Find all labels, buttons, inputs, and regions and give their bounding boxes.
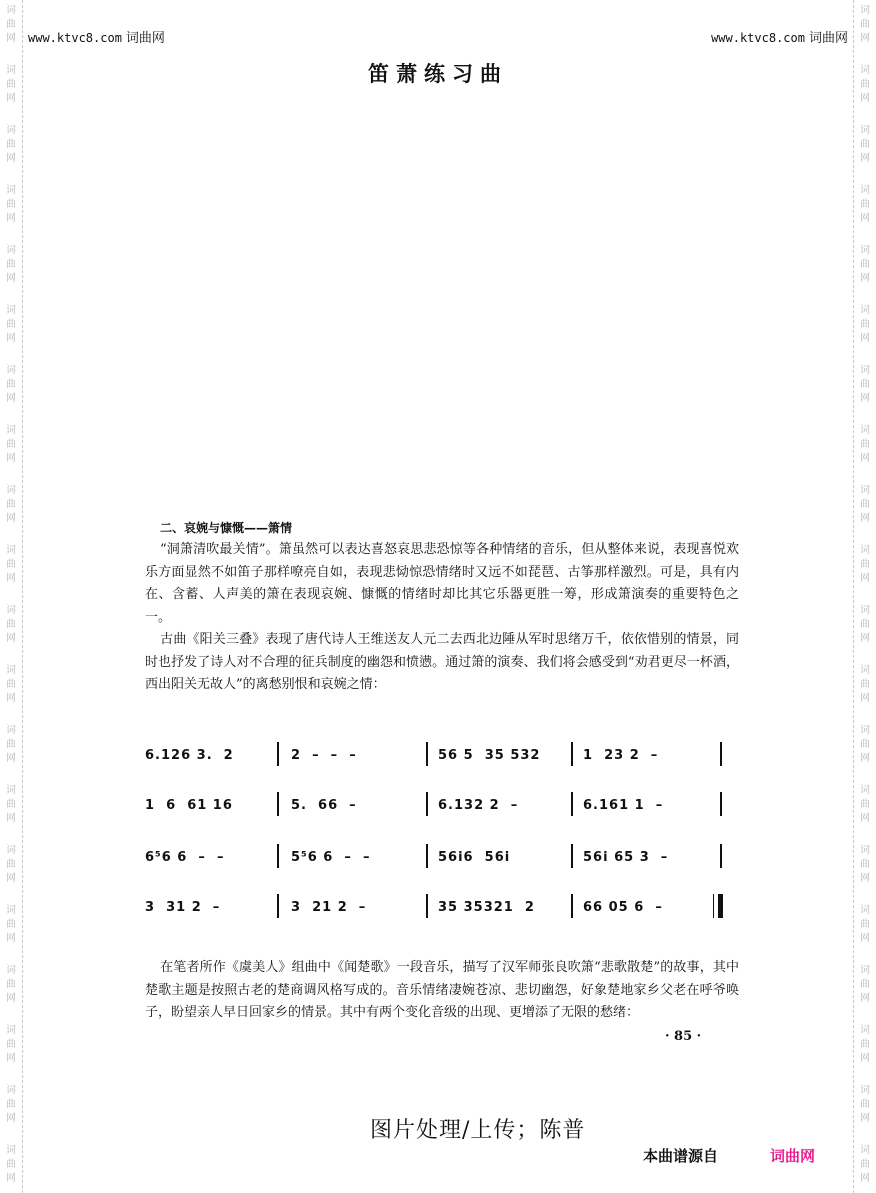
watermark-chars: 词曲网	[856, 184, 874, 226]
measure: 6.132 2 –	[438, 790, 518, 820]
source-label: 本曲谱源自	[643, 1145, 718, 1166]
page-number: · 85 ·	[665, 1029, 701, 1044]
watermark-chars: 词曲网	[2, 304, 20, 346]
watermark-chars: 词曲网	[2, 244, 20, 286]
barline	[426, 844, 428, 868]
watermark-chars: 词曲网	[856, 844, 874, 886]
watermark-chars: 词曲网	[2, 904, 20, 946]
barline	[277, 742, 279, 766]
right-divider	[853, 0, 854, 1193]
watermark-chars: 词曲网	[856, 1024, 874, 1066]
score-row: 6⁵6 6 – – 5⁵6 6 – – 56i6 56i 56i 65 3 –	[145, 842, 735, 872]
barline	[277, 894, 279, 918]
watermark-chars: 词曲网	[856, 604, 874, 646]
upload-credit: 图片处理/上传；陈普	[370, 1113, 585, 1144]
measure: 56 5 35 532	[438, 740, 540, 770]
watermark-chars: 词曲网	[856, 244, 874, 286]
paragraph: 在笔者所作《虞美人》组曲中《闻楚歌》一段音乐，描写了汉军师张良吹箫“悲歌散楚”的…	[145, 957, 739, 1025]
measure: 5⁵6 6 – –	[291, 842, 370, 872]
measure: 35 35321 2	[438, 892, 535, 922]
watermark-chars: 词曲网	[2, 1144, 20, 1186]
watermark-chars: 词曲网	[2, 1084, 20, 1126]
watermark-chars: 词曲网	[856, 964, 874, 1006]
site-watermark-left: www.ktvc8.com词曲网	[28, 27, 165, 46]
barline	[720, 742, 722, 766]
section-heading: 二、哀婉与慷慨——箫情	[160, 519, 292, 536]
paragraph: “洞箫清吹最关情”。箫虽然可以表达喜怒哀思悲恐惊等各种情绪的音乐，但从整体来说，…	[145, 539, 739, 629]
barline	[277, 844, 279, 868]
left-watermark-strip: 词曲网 词曲网 词曲网 词曲网 词曲网 词曲网 词曲网 词曲网 词曲网 词曲网 …	[0, 0, 22, 1193]
site-url: www.ktvc8.com	[711, 31, 805, 45]
measure: 56i 65 3 –	[583, 842, 668, 872]
watermark-chars: 词曲网	[2, 484, 20, 526]
barline	[571, 742, 573, 766]
watermark-chars: 词曲网	[2, 724, 20, 766]
watermark-chars: 词曲网	[2, 784, 20, 826]
watermark-chars: 词曲网	[856, 424, 874, 466]
watermark-chars: 词曲网	[2, 964, 20, 1006]
watermark-chars: 词曲网	[856, 904, 874, 946]
watermark-chars: 词曲网	[856, 304, 874, 346]
watermark-chars: 词曲网	[856, 484, 874, 526]
final-barline	[718, 894, 723, 918]
site-url: www.ktvc8.com	[28, 31, 122, 45]
measure: 66 05 6 –	[583, 892, 663, 922]
barline	[426, 792, 428, 816]
barline	[720, 792, 722, 816]
site-watermark-right: www.ktvc8.com词曲网	[711, 27, 848, 46]
watermark-chars: 词曲网	[2, 364, 20, 406]
measure: 1 6 61 16	[145, 790, 233, 820]
measure: 3 31 2 –	[145, 892, 220, 922]
left-divider	[22, 0, 23, 1193]
measure: 56i6 56i	[438, 842, 510, 872]
watermark-chars: 词曲网	[2, 184, 20, 226]
right-watermark-strip: 词曲网 词曲网 词曲网 词曲网 词曲网 词曲网 词曲网 词曲网 词曲网 词曲网 …	[854, 0, 876, 1193]
watermark-chars: 词曲网	[2, 844, 20, 886]
watermark-chars: 词曲网	[2, 424, 20, 466]
watermark-chars: 词曲网	[2, 664, 20, 706]
measure: 6.126 3. 2	[145, 740, 234, 770]
watermark-chars: 词曲网	[856, 544, 874, 586]
watermark-chars: 词曲网	[2, 604, 20, 646]
barline	[571, 844, 573, 868]
measure: 6.161 1 –	[583, 790, 663, 820]
watermark-chars: 词曲网	[2, 124, 20, 166]
barline	[426, 894, 428, 918]
score-row: 3 31 2 – 3 21 2 – 35 35321 2 66 05 6 –	[145, 892, 735, 922]
watermark-chars: 词曲网	[856, 784, 874, 826]
barline	[571, 894, 573, 918]
watermark-chars: 词曲网	[2, 4, 20, 46]
site-name: 词曲网	[126, 31, 165, 46]
measure: 5. 66 –	[291, 790, 357, 820]
source-site-link[interactable]: 词曲网	[770, 1145, 815, 1166]
barline	[277, 792, 279, 816]
page-title: 笛萧练习曲	[0, 58, 876, 88]
measure: 1 23 2 –	[583, 740, 658, 770]
watermark-chars: 词曲网	[856, 124, 874, 166]
paragraph: 古曲《阳关三叠》表现了唐代诗人王维送友人元二去西北边陲从军时思绪万千，依依惜别的…	[145, 629, 739, 697]
watermark-chars: 词曲网	[856, 1084, 874, 1126]
barline	[720, 844, 722, 868]
score-row: 1 6 61 16 5. 66 – 6.132 2 – 6.161 1 –	[145, 790, 735, 820]
barline	[426, 742, 428, 766]
barline	[571, 792, 573, 816]
site-name: 词曲网	[809, 31, 848, 46]
watermark-chars: 词曲网	[856, 1144, 874, 1186]
watermark-chars: 词曲网	[856, 364, 874, 406]
measure: 6⁵6 6 – –	[145, 842, 224, 872]
watermark-chars: 词曲网	[856, 4, 874, 46]
measure: 2 – – –	[291, 740, 357, 770]
watermark-chars: 词曲网	[2, 544, 20, 586]
watermark-chars: 词曲网	[856, 724, 874, 766]
watermark-chars: 词曲网	[2, 1024, 20, 1066]
watermark-chars: 词曲网	[856, 664, 874, 706]
measure: 3 21 2 –	[291, 892, 366, 922]
score-row: 6.126 3. 2 2 – – – 56 5 35 532 1 23 2 –	[145, 740, 735, 770]
